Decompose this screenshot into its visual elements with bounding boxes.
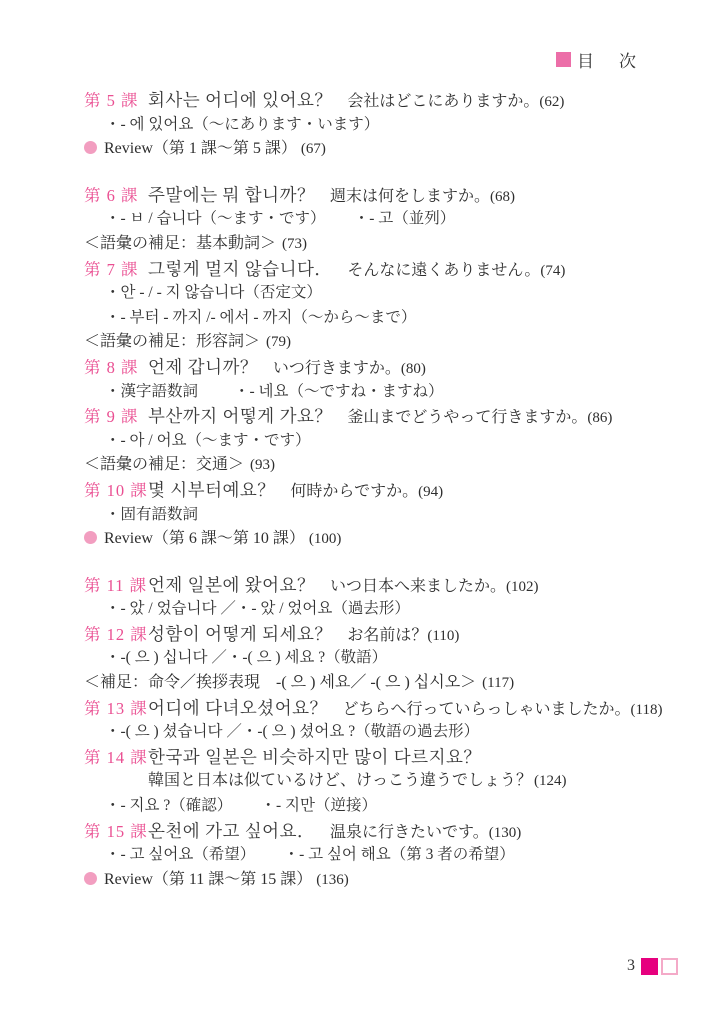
toc-lesson-entry: 第 11 課언제 일본에 왔어요？いつ日本へ来ましたか。(102)	[84, 573, 693, 598]
lesson-title-korean: 어디에 다녀오셨어요？	[148, 698, 328, 718]
toc-lesson-entry: 第 7 課그렇게 멀지 않습니다．そんなに遠くありません。(74)	[84, 257, 693, 282]
lesson-title-korean: 한국과 일본은 비슷하지만 많이 다르지요？	[148, 747, 481, 767]
lesson-title-korean: 성함이 어떻게 되세요？	[148, 624, 332, 644]
review-text: Review（第 1 課〜第 5 課）	[104, 140, 297, 157]
grammar-item-text: ・- 고（並列）	[354, 210, 456, 227]
supplement-text: ＜語彙の補足：基本動詞＞	[84, 235, 276, 252]
grammar-item-text: ・固有語数詞	[105, 506, 198, 523]
page-ref: (80)	[401, 361, 426, 377]
lesson-title-japanese: いつ行きますか。	[273, 360, 401, 377]
supplement-text: ＜語彙の補足：交通＞	[84, 456, 244, 473]
lesson-title-japanese: 韓国と日本は似ているけど、けっこう違うでしょう？	[148, 772, 532, 789]
toc-grammar-item: ・-( 으 ) 십니다 ／・-( 으 ) 세요 ?（敬語）	[84, 646, 693, 671]
page-ref: (118)	[631, 702, 663, 718]
lesson-title-korean: 주말에는 뭐 합니까？	[148, 185, 315, 205]
page-ref: (79)	[266, 334, 291, 350]
page-footer: 3	[627, 957, 678, 975]
lesson-title-korean: 언제 일본에 왔어요？	[148, 575, 315, 595]
toc-lesson-entry: 第 6 課주말에는 뭐 합니까？週末は何をしますか。(68)	[84, 183, 693, 208]
lesson-number: 第 6 課	[84, 184, 148, 209]
toc-lesson-entry: 第 8 課언제 갑니까？いつ行きますか。(80)	[84, 355, 693, 380]
toc-grammar-item: ・- 에 있어요（〜にあります・います）	[84, 113, 693, 138]
page-ref: (68)	[490, 189, 515, 205]
page-header: 目 次	[556, 47, 640, 72]
lesson-number: 第 14 課	[84, 746, 148, 771]
toc-grammar-item: ・- 지요 ?（確認）・- 지만（逆接）	[84, 794, 693, 819]
lesson-number: 第 5 課	[84, 89, 148, 114]
filled-square-icon	[641, 958, 658, 975]
page-ref: (130)	[489, 825, 522, 841]
lesson-number: 第 12 課	[84, 623, 148, 648]
page-ref: (110)	[427, 628, 459, 644]
page-ref: (67)	[301, 141, 326, 157]
lesson-number: 第 9 課	[84, 405, 148, 430]
lesson-number: 第 10 課	[84, 479, 148, 504]
grammar-item-text: ・- 에 있어요（〜にあります・います）	[105, 116, 379, 133]
review-bullet-icon	[84, 531, 97, 544]
grammar-item-text: ・- 았 / 었습니다 ／・- 았 / 었어요（過去形）	[105, 600, 410, 617]
lesson-title-japanese: そんなに遠くありません。	[347, 262, 540, 279]
review-bullet-icon	[84, 141, 97, 154]
lesson-title-japanese: 何時からですか。	[290, 483, 418, 500]
lesson-title-japanese: いつ日本へ来ましたか。	[330, 578, 506, 595]
review-text: Review（第 6 課〜第 10 課）	[104, 530, 305, 547]
toc-lesson-entry: 第 14 課한국과 일본은 비슷하지만 많이 다르지요？	[84, 745, 693, 770]
toc-review-entry: Review（第 6 課〜第 10 課）(100)	[84, 527, 693, 552]
toc-lesson-entry: 第 15 課온천에 가고 싶어요．温泉に行きたいです。(130)	[84, 819, 693, 844]
lesson-title-japanese: どちらへ行っていらっしゃいましたか。	[343, 701, 631, 718]
page-ref: (62)	[539, 94, 564, 110]
page-ref: (102)	[506, 579, 539, 595]
grammar-item-text: ・- 지만（逆接）	[261, 797, 377, 814]
lesson-title-korean: 온천에 가고 싶어요．	[148, 821, 315, 841]
toc-lesson-entry-continuation: 韓国と日本は似ているけど、けっこう違うでしょう？(124)	[84, 769, 693, 794]
toc-grammar-item: ・漢字語数詞・- 네요（〜ですね・ますね）	[84, 380, 693, 405]
lesson-title-korean: 몇 시부터예요？	[148, 480, 275, 500]
toc-supplement-entry: ＜補足：命令／挨拶表現 -( 으 ) 세요／ -( 으 ) 십시오＞(117)	[84, 671, 693, 696]
page-ref: (136)	[316, 872, 349, 888]
lesson-number: 第 15 課	[84, 820, 148, 845]
table-of-contents: 第 5 課회사는 어디에 있어요？会社はどこにありますか。(62) ・- 에 있…	[84, 88, 693, 892]
grammar-item-text: ・-( 으 ) 셨습니다 ／・-( 으 ) 셨어요 ?（敬語の過去形）	[105, 723, 479, 740]
page-ref: (117)	[482, 675, 514, 691]
page-ref: (86)	[587, 410, 612, 426]
toc-lesson-entry: 第 9 課부산까지 어떻게 가요？釜山までどうやって行きますか。(86)	[84, 404, 693, 429]
supplement-text: ＜語彙の補足：形容詞＞	[84, 333, 260, 350]
page-title: 目 次	[577, 47, 640, 72]
lesson-title-japanese: 会社はどこにありますか。	[347, 93, 539, 110]
lesson-title-korean: 부산까지 어떻게 가요？	[148, 406, 332, 426]
toc-grammar-item: ・固有語数詞	[84, 503, 693, 528]
grammar-item-text: ・- 아 / 어요（〜ます・です）	[105, 432, 311, 449]
toc-grammar-item: ・- ㅂ / 습니다（〜ます・です）・- 고（並列）	[84, 207, 693, 232]
pink-square-icon	[556, 52, 571, 67]
lesson-title-japanese: 温泉に行きたいです。	[330, 824, 489, 841]
supplement-text: ＜補足：命令／挨拶表現 -( 으 ) 세요／ -( 으 ) 십시오＞	[84, 674, 476, 691]
lesson-number: 第 13 課	[84, 697, 148, 722]
lesson-title-korean: 언제 갑니까？	[148, 357, 258, 377]
toc-grammar-item: ・- 부터 - 까지 /- 에서 - 까지（〜から〜まで）	[84, 306, 693, 331]
grammar-item-text: ・- 부터 - 까지 /- 에서 - 까지（〜から〜まで）	[105, 309, 416, 326]
toc-grammar-item: ・- 고 싶어요（希望）・- 고 싶어 해요（第 3 者の希望）	[84, 843, 693, 868]
toc-grammar-item: ・안 - / - 지 않습니다（否定文）	[84, 281, 693, 306]
grammar-item-text: ・- 네요（〜ですね・ますね）	[234, 383, 443, 400]
grammar-item-text: ・- ㅂ / 습니다（〜ます・です）	[105, 210, 318, 227]
lesson-number: 第 11 課	[84, 574, 148, 599]
lesson-number: 第 7 課	[84, 258, 148, 283]
toc-review-entry: Review（第 1 課〜第 5 課）(67)	[84, 137, 693, 162]
grammar-item-text: ・- 지요 ?（確認）	[105, 797, 225, 814]
page-ref: (93)	[250, 457, 275, 473]
grammar-item-text: ・- 고 싶어 해요（第 3 者の希望）	[284, 846, 515, 863]
toc-grammar-item: ・- 아 / 어요（〜ます・です）	[84, 429, 693, 454]
toc-lesson-entry: 第 10 課몇 시부터예요？何時からですか。(94)	[84, 478, 693, 503]
toc-lesson-entry: 第 12 課성함이 어떻게 되세요？お名前は？(110)	[84, 622, 693, 647]
toc-grammar-item: ・-( 으 ) 셨습니다 ／・-( 으 ) 셨어요 ?（敬語の過去形）	[84, 720, 693, 745]
page-ref: (94)	[418, 484, 443, 500]
toc-grammar-item: ・- 았 / 었습니다 ／・- 았 / 었어요（過去形）	[84, 597, 693, 622]
page-ref: (124)	[534, 773, 567, 789]
toc-supplement-entry: ＜語彙の補足：交通＞(93)	[84, 453, 693, 478]
page-ref: (74)	[540, 263, 565, 279]
page-number: 3	[627, 957, 635, 975]
review-text: Review（第 11 課〜第 15 課）	[104, 871, 312, 888]
review-bullet-icon	[84, 872, 97, 885]
lesson-number: 第 8 課	[84, 356, 148, 381]
toc-lesson-entry: 第 5 課회사는 어디에 있어요？会社はどこにありますか。(62)	[84, 88, 693, 113]
grammar-item-text: ・漢字語数詞	[105, 383, 198, 400]
grammar-item-text: ・-( 으 ) 십니다 ／・-( 으 ) 세요 ?（敬語）	[105, 649, 387, 666]
outline-square-icon	[661, 958, 678, 975]
grammar-item-text: ・- 고 싶어요（希望）	[105, 846, 248, 863]
toc-lesson-entry: 第 13 課어디에 다녀오셨어요？どちらへ行っていらっしゃいましたか。(118)	[84, 696, 693, 721]
page-ref: (100)	[309, 531, 342, 547]
lesson-title-japanese: お名前は？	[347, 627, 427, 644]
lesson-title-korean: 그렇게 멀지 않습니다．	[148, 259, 332, 279]
lesson-title-korean: 회사는 어디에 있어요？	[148, 90, 332, 110]
grammar-item-text: ・안 - / - 지 않습니다（否定文）	[105, 284, 322, 301]
toc-supplement-entry: ＜語彙の補足：基本動詞＞(73)	[84, 232, 693, 257]
toc-review-entry: Review（第 11 課〜第 15 課）(136)	[84, 868, 693, 893]
lesson-title-japanese: 釜山までどうやって行きますか。	[347, 409, 587, 426]
toc-supplement-entry: ＜語彙の補足：形容詞＞(79)	[84, 330, 693, 355]
page-ref: (73)	[282, 236, 307, 252]
lesson-title-japanese: 週末は何をしますか。	[330, 188, 490, 205]
